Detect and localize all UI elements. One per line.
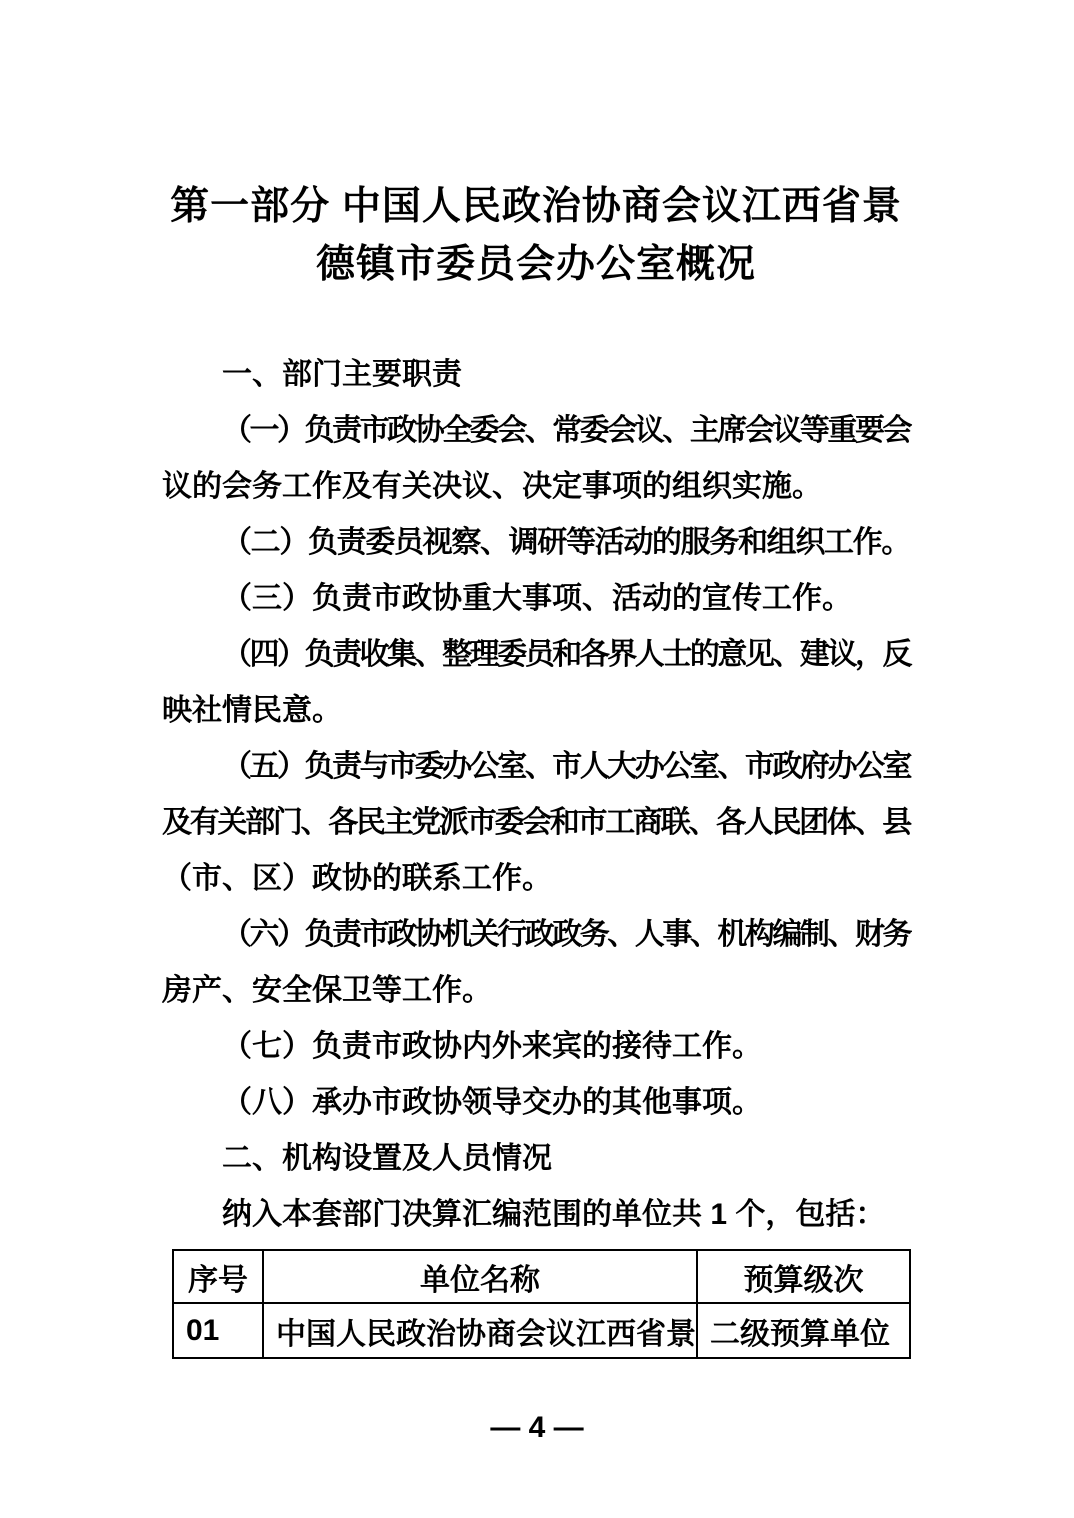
body-line: （三）负责市政协重大事项、活动的宣传工作。 xyxy=(162,571,910,627)
units-intro-line: 纳入本套部门决算汇编范围的单位共 1 个，包括： xyxy=(162,1187,910,1243)
units-table: 序号 单位名称 预算级次 01 中国人民政治协商会议江西省景 二级预算单位 xyxy=(172,1249,911,1359)
cell-budget-level: 二级预算单位 xyxy=(697,1303,910,1358)
table-row: 01 中国人民政治协商会议江西省景 二级预算单位 xyxy=(173,1303,910,1358)
body-line: 房产、安全保卫等工作。 xyxy=(162,963,910,1019)
body-line: （七）负责市政协内外来宾的接待工作。 xyxy=(162,1019,910,1075)
col-header-unit-name: 单位名称 xyxy=(263,1250,697,1303)
body-line: （市、区）政协的联系工作。 xyxy=(162,851,910,907)
page-number: — 4 — xyxy=(0,1398,1074,1458)
section-1-heading: 一、部门主要职责 xyxy=(162,347,910,403)
title-line-2: 德镇市委员会办公室概况 xyxy=(162,236,910,294)
body-line: 及有关部门、各民主党派市委会和市工商联、各人民团体、县 xyxy=(162,795,910,851)
table-header-row: 序号 单位名称 预算级次 xyxy=(173,1250,910,1303)
body-line: 映社情民意。 xyxy=(162,683,910,739)
body-line: （六）负责市政协机关行政政务、人事、机构编制、财务 xyxy=(162,907,910,963)
body-line: （一）负责市政协全委会、常委会议、主席会议等重要会 xyxy=(162,403,910,459)
document-page: 第一部分 中国人民政治协商会议江西省景 德镇市委员会办公室概况 一、部门主要职责… xyxy=(0,0,1074,1518)
body-line: 议的会务工作及有关决议、决定事项的组织实施。 xyxy=(162,459,910,515)
body-line: （八）承办市政协领导交办的其他事项。 xyxy=(162,1075,910,1131)
cell-index: 01 xyxy=(173,1303,263,1358)
title-line-1: 第一部分 中国人民政治协商会议江西省景 xyxy=(162,178,910,236)
col-header-index: 序号 xyxy=(173,1250,263,1303)
col-header-budget-level: 预算级次 xyxy=(697,1250,910,1303)
document-body: 一、部门主要职责 （一）负责市政协全委会、常委会议、主席会议等重要会 议的会务工… xyxy=(162,347,910,1243)
section-2-heading: 二、机构设置及人员情况 xyxy=(162,1131,910,1187)
body-line: （二）负责委员视察、调研等活动的服务和组织工作。 xyxy=(162,515,910,571)
body-line: （五）负责与市委办公室、市人大办公室、市政府办公室 xyxy=(162,739,910,795)
body-line: （四）负责收集、整理委员和各界人士的意见、建议，反 xyxy=(162,627,910,683)
cell-unit-name: 中国人民政治协商会议江西省景 xyxy=(263,1303,697,1358)
page-title: 第一部分 中国人民政治协商会议江西省景 德镇市委员会办公室概况 xyxy=(162,178,910,294)
